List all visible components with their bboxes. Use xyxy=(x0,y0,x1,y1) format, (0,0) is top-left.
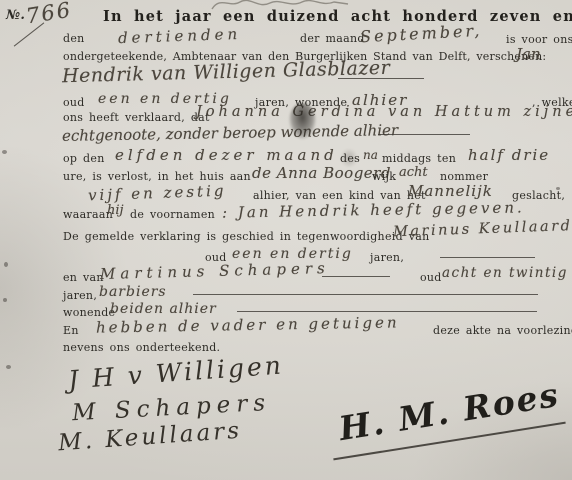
printed-segment: den xyxy=(63,32,85,45)
blank-filler-rule xyxy=(237,311,537,312)
blank-filler-rule xyxy=(338,78,424,79)
printed-segment: op den xyxy=(63,152,105,165)
act-number-value: 766 xyxy=(24,0,73,28)
handwritten-day: dertienden xyxy=(118,25,242,47)
handwritten-witness1-name: Marinus Keullaards xyxy=(393,218,572,241)
handwritten-child-names: : Jan Hendrik heeft gegeven. xyxy=(222,198,525,221)
signature-witness1: J H v Willigen xyxy=(67,351,284,395)
handwritten-street: de Anna Boogerd xyxy=(252,164,391,182)
signature-witness2: M Schapers xyxy=(71,390,271,426)
handwritten-declarant-firstname: Jan xyxy=(516,45,541,63)
printed-segment: middags ten xyxy=(382,152,456,165)
act-number-label: №. xyxy=(6,8,25,23)
handwritten-witness-residence: beiden alhier xyxy=(110,301,217,317)
printed-segment: wonende xyxy=(63,306,115,319)
handwritten-birth-day: elfden dezer maand xyxy=(115,146,338,164)
handwritten-witness2-occupation: barbiers xyxy=(99,284,167,300)
handwritten-daypart: na xyxy=(363,148,378,162)
handwritten-gender: Mannelijk xyxy=(408,182,493,200)
handwritten-mother-name: Johanna Gerdina van Hattum zijne xyxy=(196,104,572,120)
paper-speck xyxy=(4,262,8,267)
blank-filler-rule xyxy=(440,257,535,258)
printed-segment: De gemelde verklaring is geschied in teg… xyxy=(63,230,429,243)
handwritten-closing: hebben de vader en getuigen xyxy=(96,313,400,336)
printed-segment: waaraan xyxy=(63,208,113,221)
paper-speck xyxy=(3,298,7,302)
printed-segment: jaren, xyxy=(63,289,97,302)
handwritten-mother-status: echtgenoote, zonder beroep wonende alhie… xyxy=(62,121,398,145)
handwritten-birth-hour: half drie xyxy=(468,146,550,164)
paper-speck xyxy=(2,150,7,154)
printed-segment: wijk xyxy=(372,170,396,183)
printed-segment: der maand xyxy=(300,32,365,45)
handwritten-witness2-name: Martinus Schapers xyxy=(100,259,330,283)
handwritten-witness2-age: acht en twintig xyxy=(442,265,568,281)
printed-segment: en van xyxy=(63,271,104,284)
ink-blot xyxy=(289,103,316,139)
printed-segment: nevens ons onderteekend. xyxy=(63,341,220,354)
printed-segment: ons heeft verklaard, dat xyxy=(63,111,210,124)
birth-certificate-scan: №. 766 In het jaar een duizend acht hond… xyxy=(0,0,572,480)
handwritten-pronoun: hij xyxy=(107,203,124,218)
printed-segment: jaren, xyxy=(370,251,404,264)
handwritten-house-number: vijf en zestig xyxy=(88,182,227,205)
printed-segment: deze akte na voorlezing xyxy=(433,324,572,337)
printed-segment: En xyxy=(63,324,79,337)
handwritten-district: acht xyxy=(399,165,428,180)
printed-segment: de voornamen xyxy=(130,208,215,221)
paper-speck xyxy=(556,187,560,190)
printed-segment: oud xyxy=(420,271,442,284)
blank-filler-rule xyxy=(322,276,390,277)
paper-speck xyxy=(6,365,11,369)
signature-registrar: H. M. Roes xyxy=(336,375,562,448)
blank-filler-rule xyxy=(193,294,538,295)
printed-segment: oud xyxy=(63,96,85,109)
blank-filler-rule xyxy=(378,134,470,135)
act-title: In het jaar een duizend acht honderd zev… xyxy=(103,8,572,25)
ink-blot xyxy=(340,148,358,168)
